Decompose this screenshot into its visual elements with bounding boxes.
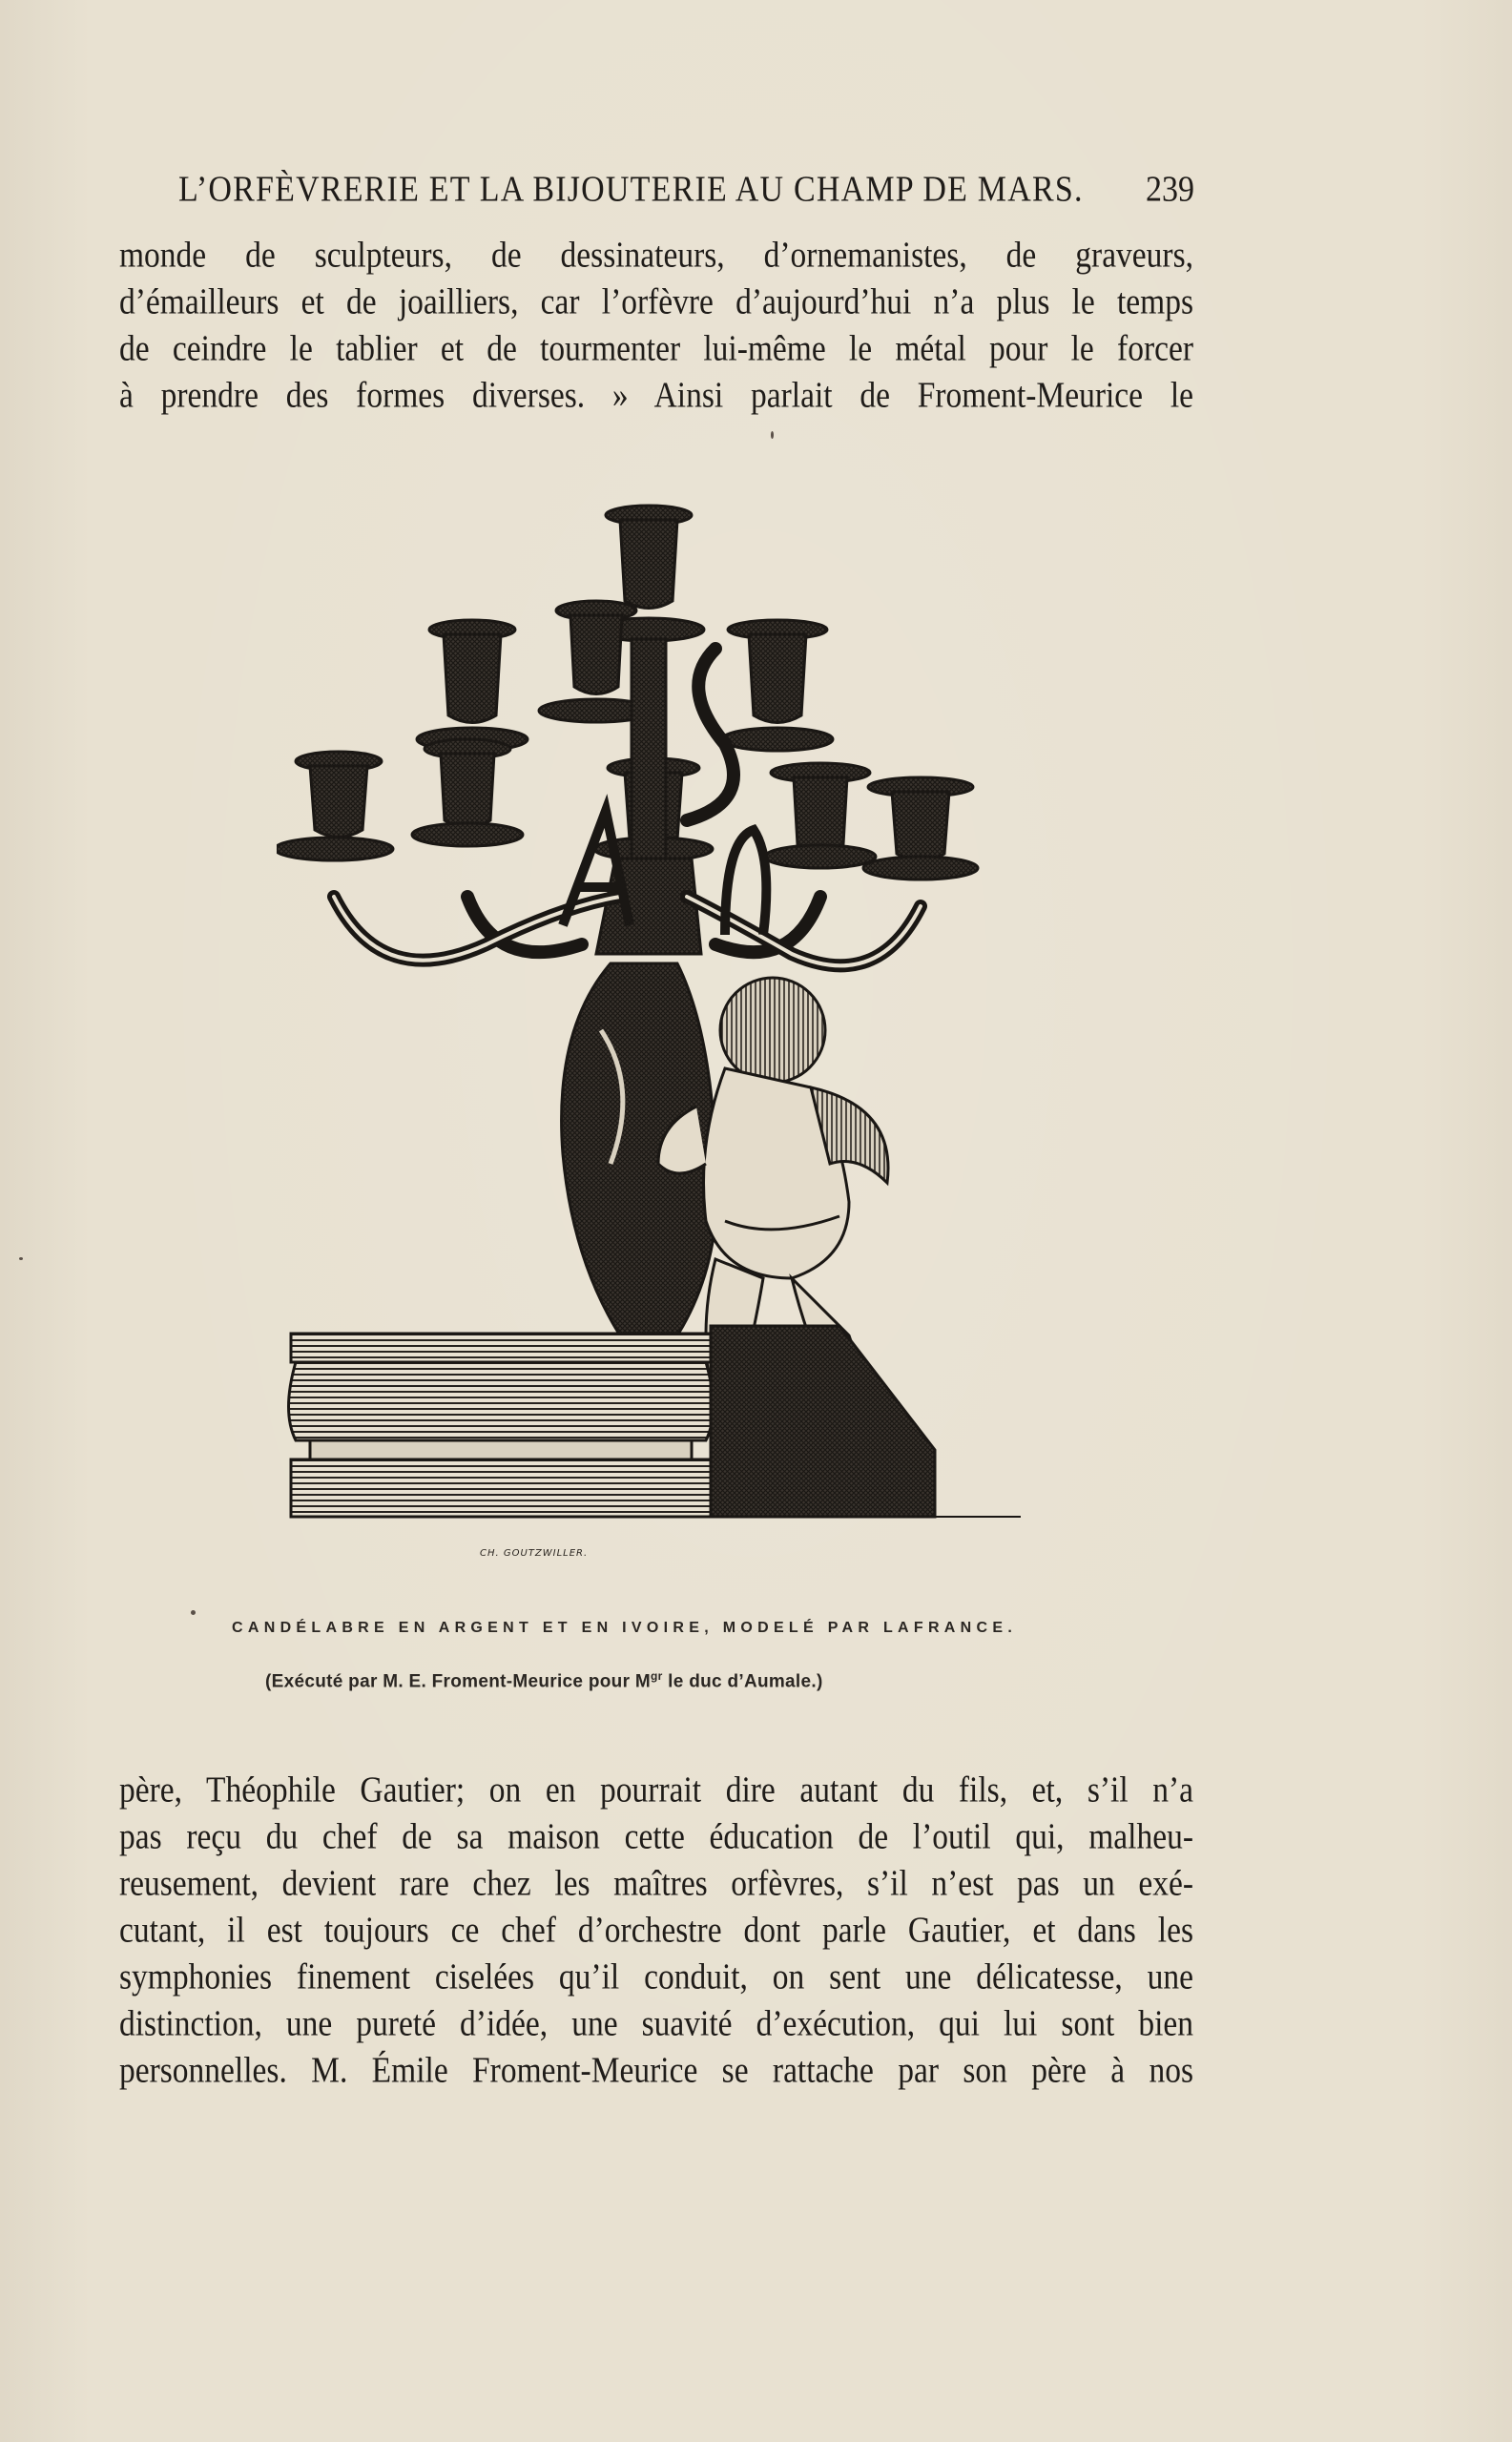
page-number: 239 <box>1146 170 1194 211</box>
text-line: symphonies finement ciselées qu’il condu… <box>119 1950 1193 2003</box>
text-line: cutant, il est toujours ce chef d’orches… <box>119 1903 1193 1956</box>
text-line: reusement, devient rare chez les maîtres… <box>119 1856 1193 1910</box>
body-text-bottom: père, Théophile Gautier; on en pourrait … <box>119 1767 1193 2094</box>
caption-sub-text: (Exécuté par M. E. Froment-Meurice pour … <box>265 1671 651 1691</box>
running-head: L’ORFÈVRERIE ET LA BIJOUTERIE AU CHAMP D… <box>178 170 1194 211</box>
engraver-signature: CH. GOUTZWILLER. <box>480 1548 588 1559</box>
text-line: monde de sculpteurs, de dessinateurs, d’… <box>119 228 1193 281</box>
paper-speck <box>771 431 774 439</box>
book-page: L’ORFÈVRERIE ET LA BIJOUTERIE AU CHAMP D… <box>0 0 1512 2442</box>
candelabrum-engraving <box>277 496 1059 1564</box>
running-head-title: L’ORFÈVRERIE ET LA BIJOUTERIE AU CHAMP D… <box>178 170 1084 211</box>
paper-speck <box>191 1610 196 1615</box>
paper-speck <box>19 1257 23 1260</box>
text-line: à prendre des formes diverses. » Ainsi p… <box>119 368 1193 422</box>
text-line: personnelles. M. Émile Froment-Meurice s… <box>119 2043 1193 2097</box>
text-line: père, Théophile Gautier; on en pourrait … <box>119 1763 1193 1816</box>
caption-sub-text-end: le duc d’Aumale.) <box>663 1671 823 1691</box>
text-line: d’émailleurs et de joailliers, car l’orf… <box>119 275 1193 328</box>
body-text-top: monde de sculpteurs, de dessinateurs, d’… <box>119 232 1193 419</box>
figure-caption-subtitle: (Exécuté par M. E. Froment-Meurice pour … <box>265 1669 1086 1692</box>
text-line: distinction, une pureté d’idée, une suav… <box>119 1997 1193 2050</box>
candelabrum-illustration-icon <box>277 496 1059 1564</box>
text-line: pas reçu du chef de sa maison cette éduc… <box>119 1810 1193 1863</box>
figure-caption-title: CANDÉLABRE EN ARGENT ET EN IVOIRE, MODEL… <box>232 1620 1071 1637</box>
text-line: de ceindre le tablier et de tourmenter l… <box>119 321 1193 375</box>
caption-sub-superscript: gr <box>651 1669 663 1683</box>
